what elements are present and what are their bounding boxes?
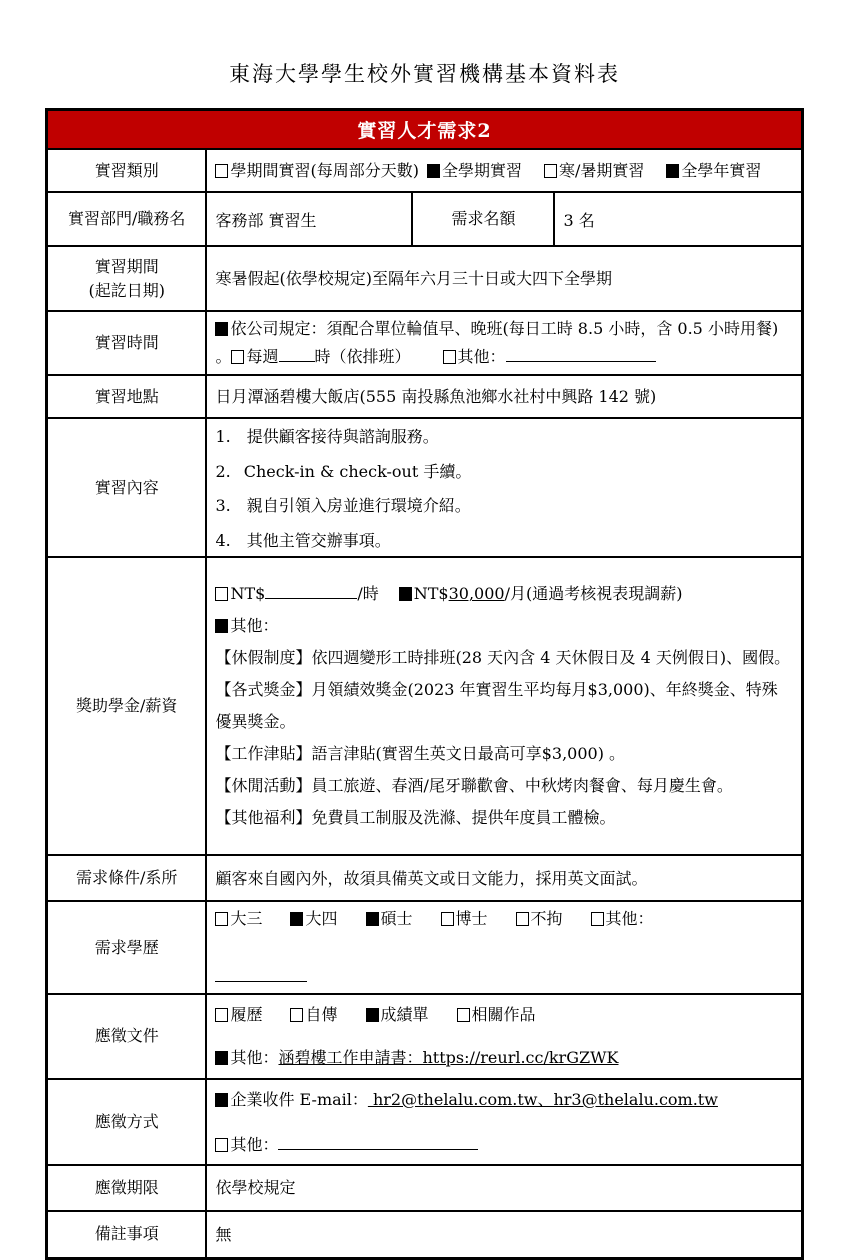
checkbox-empty-icon <box>215 1138 228 1152</box>
text: 自傳 <box>305 1005 337 1024</box>
checkbox-empty-icon <box>215 1008 228 1022</box>
row-content: 依公司規定：須配合單位輪值早、晚班(每日工時 8.5 小時，含 0.5 小時用餐… <box>206 311 802 375</box>
content-line: 依學校規定 <box>215 1174 793 1201</box>
content-line: 寒暑假起(依學校規定)至隔年六月三十日或大四下全學期 <box>215 265 793 292</box>
checkbox-checked-icon <box>366 1008 379 1022</box>
text: /時 <box>357 584 378 603</box>
row-label: 需求名額 <box>412 192 554 246</box>
text: 提供顧客接待與諮詢服務。 <box>247 427 439 446</box>
checkbox-empty-icon <box>215 587 228 601</box>
table-row: 需求學歷大三大四碩士博士不拘其他： <box>46 901 802 993</box>
row-content: 寒暑假起(依學校規定)至隔年六月三十日或大四下全學期 <box>206 246 802 311</box>
text: 3. <box>215 496 230 515</box>
blank-underline <box>278 1134 478 1150</box>
text: 其他： <box>230 1135 278 1154</box>
table-row: 實習期間(起訖日期)寒暑假起(依學校規定)至隔年六月三十日或大四下全學期 <box>46 246 802 311</box>
table-row: 獎助學金/薪資NT$/時NT$30,000/月(通過考核視表現調薪)其他：【休假… <box>46 557 802 855</box>
table-row: 實習時間依公司規定：須配合單位輪值早、晚班(每日工時 8.5 小時，含 0.5 … <box>46 311 802 375</box>
checkbox-empty-icon <box>290 1008 303 1022</box>
text: 【休閒活動】員工旅遊、春酒/尾牙聯歡會、中秋烤肉餐會、每月慶生會。 <box>215 776 732 795</box>
table-row: 應徵文件履歷自傳成績單相關作品其他：涵碧樓工作申請書：https://reurl… <box>46 994 802 1079</box>
content-line: 其他： <box>215 610 793 642</box>
row-content: 無 <box>206 1211 802 1259</box>
section-header: 實習人才需求2 <box>46 110 802 150</box>
email-link[interactable]: hr2@thelalu.com.tw、hr3@thelalu.com.tw <box>368 1090 718 1109</box>
checkbox-empty-icon <box>516 912 529 926</box>
content-line: 4.其他主管交辦事項。 <box>215 528 793 554</box>
checkbox-empty-icon <box>441 912 454 926</box>
row-label: 實習部門/職務名 <box>46 192 206 246</box>
content-line: NT$/時NT$30,000/月(通過考核視表現調薪) <box>215 578 793 610</box>
content-line: 大三大四碩士博士不拘其他： <box>215 905 793 932</box>
checkbox-checked-icon <box>215 619 228 633</box>
table-row: 實習內容1.提供顧客接待與諮詢服務。2.Check-in & check-out… <box>46 418 802 557</box>
text: 大四 <box>305 909 337 928</box>
text: 4. <box>215 531 230 550</box>
text: NT$ <box>230 584 265 603</box>
row-label: 實習時間 <box>46 311 206 375</box>
content-line: 2.Check-in & check-out 手續。 <box>215 459 793 485</box>
text: 寒/暑期實習 <box>559 161 644 180</box>
content-line: 【工作津貼】語言津貼(實習生英文日最高可享$3,000) 。 <box>215 738 793 770</box>
content-line: 【其他福利】免費員工制服及洗滌、提供年度員工體檢。 <box>215 802 793 834</box>
text: 無 <box>215 1225 231 1244</box>
row-label: 實習類別 <box>46 149 206 192</box>
row-label: 應徵期限 <box>46 1165 206 1211</box>
row-content: 學期間實習(每周部分天數)全學期實習寒/暑期實習全學年實習 <box>206 149 802 192</box>
text: 親自引領入房並進行環境介紹。 <box>247 496 471 515</box>
text: 日月潭涵碧樓大飯店(555 南投縣魚池鄉水社村中興路 142 號) <box>215 387 656 406</box>
section-header-row: 實習人才需求2 <box>46 110 802 150</box>
blank-underline <box>506 346 656 362</box>
content-line: 依公司規定：須配合單位輪值早、晚班(每日工時 8.5 小時，含 0.5 小時用餐… <box>215 315 793 371</box>
text: 2. <box>215 462 230 481</box>
content-line: 顧客來自國內外，故須具備英文或日文能力，採用英文面試。 <box>215 865 793 892</box>
info-table: 實習人才需求2實習類別學期間實習(每周部分天數)全學期實習寒/暑期實習全學年實習… <box>45 108 804 1260</box>
text: 1. <box>215 427 230 446</box>
row-label: 需求條件/系所 <box>46 855 206 901</box>
blank-underline <box>279 346 315 362</box>
checkbox-empty-icon <box>215 912 228 926</box>
row-label: 應徵方式 <box>46 1079 206 1165</box>
checkbox-checked-icon <box>215 1051 228 1065</box>
text: 其他： <box>606 909 654 928</box>
row-content: 大三大四碩士博士不拘其他： <box>206 901 802 993</box>
text: /月(通過考核視表現調薪) <box>505 584 683 603</box>
text: 【各式獎金】月領績效獎金(2023 年實習生平均每月$3,000)、年終獎金、特… <box>215 680 777 731</box>
checkbox-empty-icon <box>591 912 604 926</box>
text: 【休假制度】依四週變形工時排班(28 天內含 4 天休假日及 4 天例假日)、國… <box>215 648 790 667</box>
content-line: 履歷自傳成績單相關作品 <box>215 1001 793 1028</box>
row-label: 備註事項 <box>46 1211 206 1259</box>
application-form-link[interactable]: 涵碧樓工作申請書：https://reurl.cc/krGZWK <box>278 1048 618 1067</box>
checkbox-empty-icon <box>457 1008 470 1022</box>
checkbox-empty-icon <box>443 350 456 364</box>
content-line: 學期間實習(每周部分天數)全學期實習寒/暑期實習全學年實習 <box>215 157 793 184</box>
row-content: 履歷自傳成績單相關作品其他：涵碧樓工作申請書：https://reurl.cc/… <box>206 994 802 1079</box>
content-line: 【休假制度】依四週變形工時排班(28 天內含 4 天休假日及 4 天例假日)、國… <box>215 642 793 674</box>
text: 學期間實習(每周部分天數) <box>230 161 419 180</box>
checkbox-checked-icon <box>366 912 379 926</box>
table-row: 實習地點日月潭涵碧樓大飯店(555 南投縣魚池鄉水社村中興路 142 號) <box>46 375 802 418</box>
row-content: 日月潭涵碧樓大飯店(555 南投縣魚池鄉水社村中興路 142 號) <box>206 375 802 418</box>
content-line: 3.親自引領入房並進行環境介紹。 <box>215 493 793 519</box>
row-content: 依學校規定 <box>206 1165 802 1211</box>
content-line <box>215 963 793 990</box>
text: 全學期實習 <box>442 161 522 180</box>
blank-underline <box>215 966 307 982</box>
text: 成績單 <box>381 1005 429 1024</box>
table-row: 應徵方式企業收件 E-mail： hr2@thelalu.com.tw、hr3@… <box>46 1079 802 1165</box>
content-line: 1.提供顧客接待與諮詢服務。 <box>215 424 793 450</box>
checkbox-checked-icon <box>290 912 303 926</box>
text: 其他： <box>458 347 506 366</box>
checkbox-checked-icon <box>399 587 412 601</box>
row-content: 1.提供顧客接待與諮詢服務。2.Check-in & check-out 手續。… <box>206 418 802 557</box>
text: 時（依排班） <box>315 347 411 366</box>
text: 不拘 <box>531 909 563 928</box>
text: 履歷 <box>230 1005 262 1024</box>
checkbox-checked-icon <box>215 1093 228 1107</box>
content-line: 企業收件 E-mail： hr2@thelalu.com.tw、hr3@thel… <box>215 1086 793 1113</box>
text: 每週 <box>246 347 278 366</box>
table-body: 實習人才需求2實習類別學期間實習(每周部分天數)全學期實習寒/暑期實習全學年實習… <box>46 110 802 1259</box>
text: 碩士 <box>381 909 413 928</box>
text: 其他： <box>230 1048 278 1067</box>
row-content: 顧客來自國內外，故須具備英文或日文能力，採用英文面試。 <box>206 855 802 901</box>
row-label: 獎助學金/薪資 <box>46 557 206 855</box>
checkbox-checked-icon <box>215 322 228 336</box>
checkbox-empty-icon <box>544 164 557 178</box>
page-title: 東海大學學生校外實習機構基本資料表 <box>0 58 849 88</box>
underlined-text: 30,000 <box>449 584 505 603</box>
row-label: 實習地點 <box>46 375 206 418</box>
cell-value: 3 名 <box>554 192 802 246</box>
table-row: 備註事項無 <box>46 1211 802 1259</box>
cell-value: 客務部 實習生 <box>206 192 412 246</box>
content-line: 其他： <box>215 1131 793 1158</box>
text: 博士 <box>456 909 488 928</box>
table-row: 實習部門/職務名客務部 實習生需求名額3 名 <box>46 192 802 246</box>
text: 其他： <box>230 616 278 635</box>
text: 企業收件 E-mail： <box>230 1090 367 1109</box>
text: 全學年實習 <box>681 161 761 180</box>
text: 依學校規定 <box>215 1178 295 1197</box>
row-content: NT$/時NT$30,000/月(通過考核視表現調薪)其他：【休假制度】依四週變… <box>206 557 802 855</box>
content-line: 無 <box>215 1221 793 1248</box>
text: 【工作津貼】語言津貼(實習生英文日最高可享$3,000) 。 <box>215 744 625 763</box>
row-label: 應徵文件 <box>46 994 206 1079</box>
table-row: 實習類別學期間實習(每周部分天數)全學期實習寒/暑期實習全學年實習 <box>46 149 802 192</box>
text: 寒暑假起(依學校規定)至隔年六月三十日或大四下全學期 <box>215 269 612 288</box>
text: 相關作品 <box>472 1005 536 1024</box>
row-label: 需求學歷 <box>46 901 206 993</box>
blank-underline <box>265 583 357 599</box>
row-content: 企業收件 E-mail： hr2@thelalu.com.tw、hr3@thel… <box>206 1079 802 1165</box>
row-label: 實習內容 <box>46 418 206 557</box>
row-label: 實習期間(起訖日期) <box>46 246 206 311</box>
checkbox-empty-icon <box>215 164 228 178</box>
table-row: 需求條件/系所顧客來自國內外，故須具備英文或日文能力，採用英文面試。 <box>46 855 802 901</box>
text: 顧客來自國內外，故須具備英文或日文能力，採用英文面試。 <box>215 869 647 888</box>
text: 大三 <box>230 909 262 928</box>
checkbox-checked-icon <box>666 164 679 178</box>
checkbox-empty-icon <box>231 350 244 364</box>
text: Check-in & check-out 手續。 <box>244 462 472 481</box>
content-line: 其他：涵碧樓工作申請書：https://reurl.cc/krGZWK <box>215 1044 793 1071</box>
table-row: 應徵期限依學校規定 <box>46 1165 802 1211</box>
text: 其他主管交辦事項。 <box>247 531 391 550</box>
content-line: 日月潭涵碧樓大飯店(555 南投縣魚池鄉水社村中興路 142 號) <box>215 383 793 410</box>
text: NT$ <box>414 584 449 603</box>
text: 【其他福利】免費員工制服及洗滌、提供年度員工體檢。 <box>215 808 615 827</box>
content-line: 【休閒活動】員工旅遊、春酒/尾牙聯歡會、中秋烤肉餐會、每月慶生會。 <box>215 770 793 802</box>
content-line: 【各式獎金】月領績效獎金(2023 年實習生平均每月$3,000)、年終獎金、特… <box>215 674 793 738</box>
checkbox-checked-icon <box>427 164 440 178</box>
